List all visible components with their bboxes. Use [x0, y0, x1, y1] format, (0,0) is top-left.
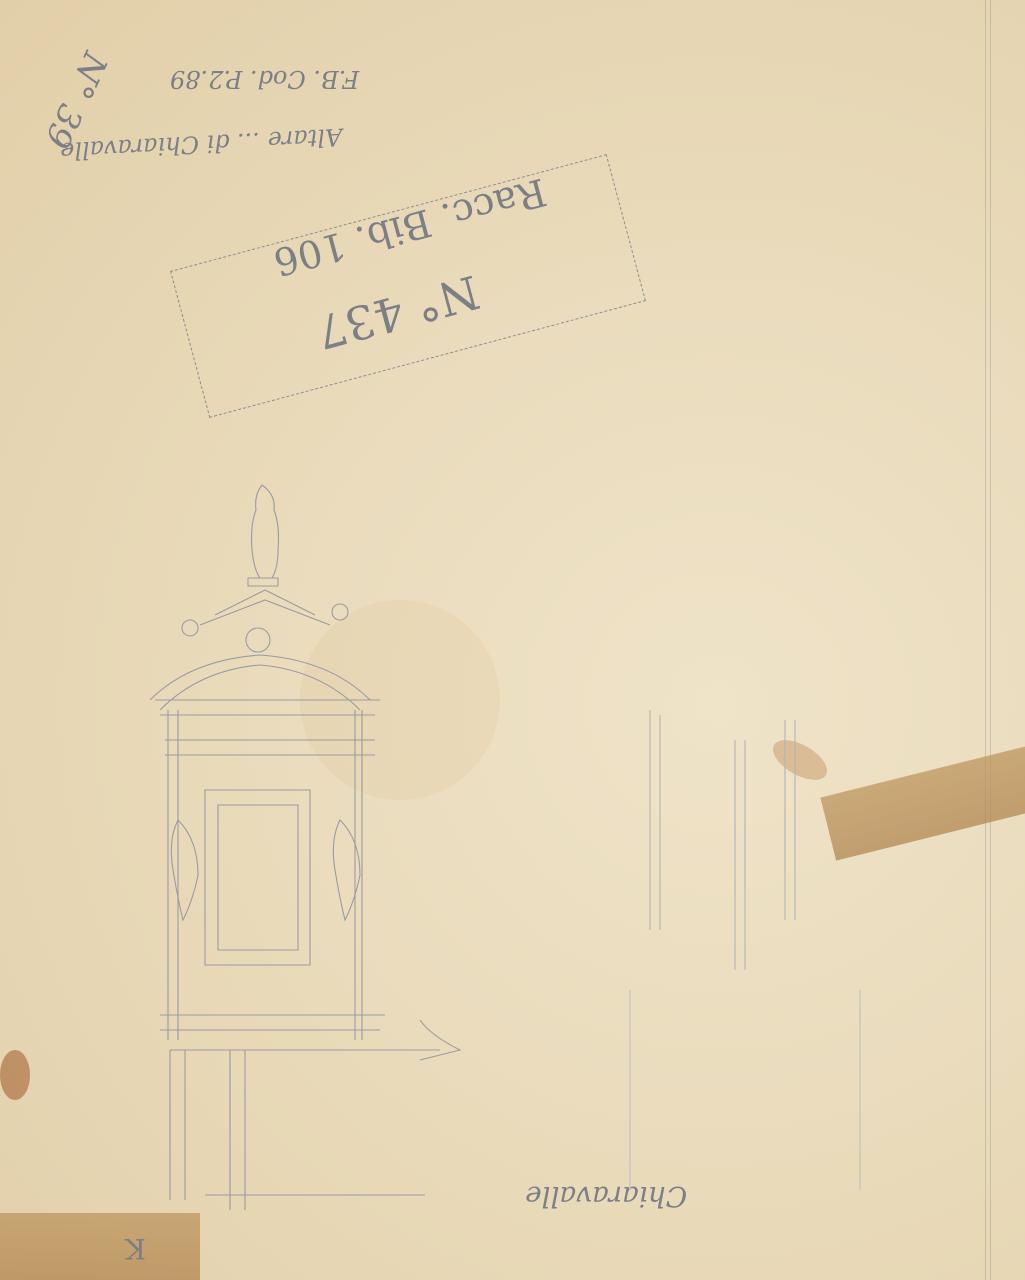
- altar-sketch: [0, 0, 1025, 1280]
- paper-sheet: K N° 39 F.B. Cod. P.2.89 Altare ... di C…: [0, 0, 1025, 1280]
